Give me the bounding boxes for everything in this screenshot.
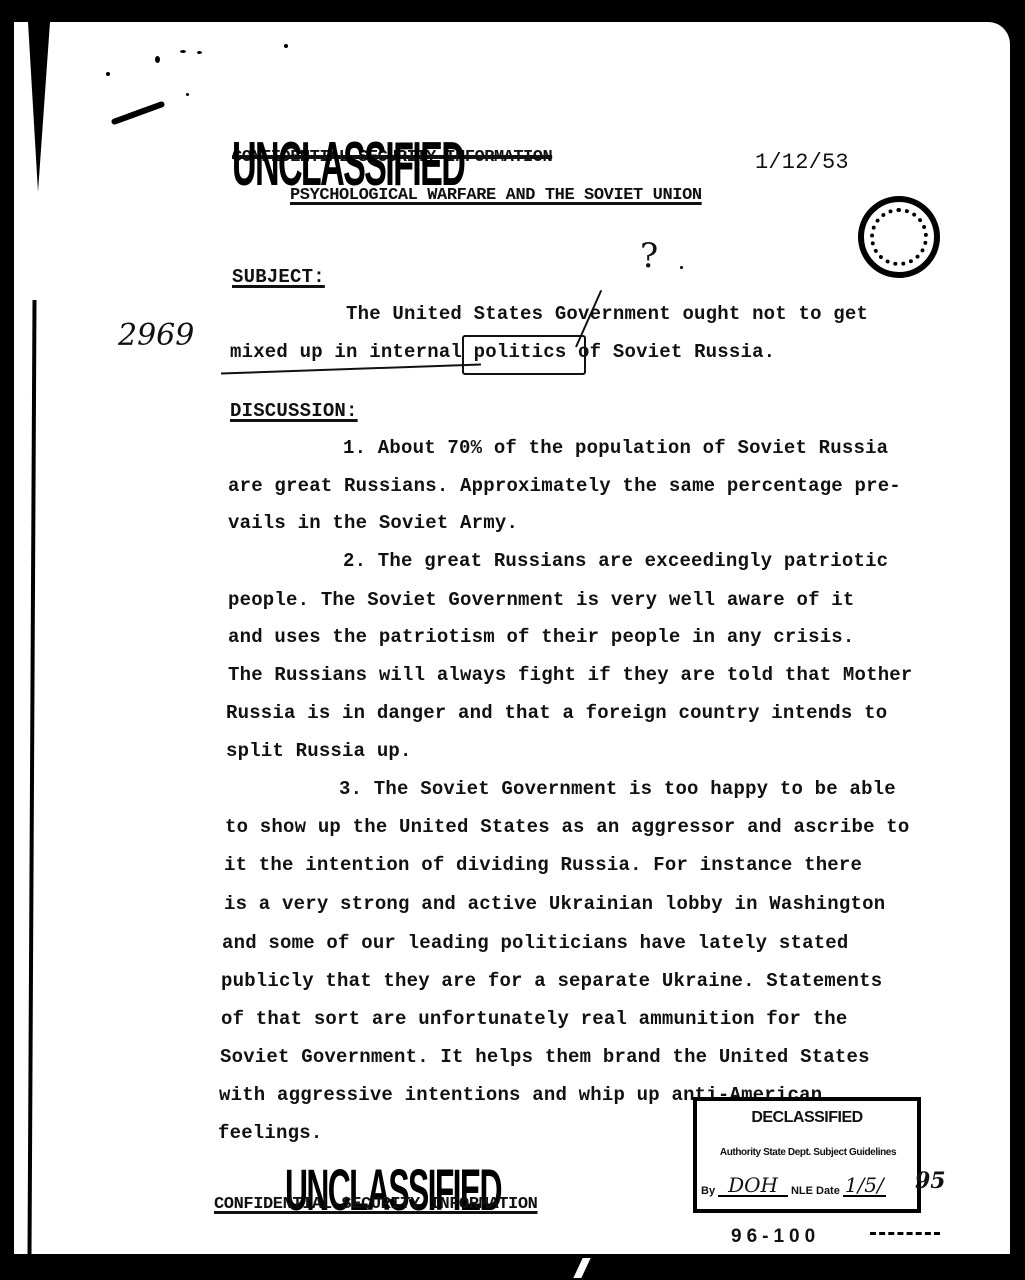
declassified-stamp: DECLASSIFIED Authority State Dept. Subje… <box>693 1097 921 1213</box>
paragraph-line: vails in the Soviet Army. <box>228 512 518 534</box>
paragraph-line: is a very strong and active Ukrainian lo… <box>224 893 885 915</box>
paragraph-line: people. The Soviet Government is very we… <box>228 589 855 611</box>
nle-date-label: NLE Date <box>791 1185 840 1197</box>
paragraph-line: it the intention of dividing Russia. For… <box>224 854 862 876</box>
paragraph-line: Soviet Government. It helps them brand t… <box>220 1046 870 1068</box>
declassified-year: 95 <box>915 1168 946 1194</box>
scan-dash-marks <box>870 1232 940 1239</box>
speck <box>680 266 683 269</box>
document-title: PSYCHOLOGICAL WARFARE AND THE SOVIET UNI… <box>290 186 702 205</box>
speck <box>180 50 186 53</box>
speck <box>186 93 189 96</box>
paragraph-line: 3. The Soviet Government is too happy to… <box>339 778 896 800</box>
paragraph-line: 2. The great Russians are exceedingly pa… <box>343 550 888 572</box>
subject-line: mixed up in internal politics of Soviet … <box>230 341 775 363</box>
subject-line: The United States Government ought not t… <box>346 303 868 325</box>
paragraph-line: to show up the United States as an aggre… <box>225 816 910 838</box>
paragraph-line: feelings. <box>218 1122 322 1144</box>
subject-heading: SUBJECT: <box>232 266 325 288</box>
paragraph-line: are great Russians. Approximately the sa… <box>228 475 901 497</box>
margin-handwritten-number: 2969 <box>118 318 194 353</box>
declassified-byline: By DOH NLE Date 1/5/ <box>701 1175 913 1197</box>
paragraph-line: split Russia up. <box>226 740 412 762</box>
paragraph-line: publicly that they are for a separate Uk… <box>221 970 882 992</box>
by-label: By <box>701 1185 715 1197</box>
paragraph-line: The Russians will always fight if they a… <box>228 664 913 686</box>
declassified-date: 1/5/ <box>843 1175 886 1197</box>
paragraph-line: and uses the patriotism of their people … <box>228 626 855 648</box>
reference-number: 96-100 <box>731 1226 820 1248</box>
speck <box>197 51 202 54</box>
paragraph-line: of that sort are unfortunately real ammu… <box>221 1008 848 1030</box>
handwritten-question-mark: ? <box>640 236 658 276</box>
speck <box>284 44 288 48</box>
paragraph-line: 1. About 70% of the population of Soviet… <box>343 437 888 459</box>
footer-classification: CONFIDENTIAL SECURITY INFORMATION <box>214 1195 537 1214</box>
by-signature: DOH <box>718 1175 788 1197</box>
receipt-stamp-icon <box>858 196 940 278</box>
speck <box>106 72 110 76</box>
discussion-heading: DISCUSSION: <box>230 400 358 422</box>
declassified-authority: Authority State Dept. Subject Guidelines <box>701 1147 915 1158</box>
scan-edge-tick <box>573 1258 590 1278</box>
paragraph-line: Russia is in danger and that a foreign c… <box>226 702 887 724</box>
document-date: 1/12/53 <box>755 150 849 175</box>
speck <box>155 56 160 63</box>
scan-edge-mark <box>28 22 50 192</box>
declassified-title: DECLASSIFIED <box>697 1109 917 1127</box>
paragraph-line: and some of our leading politicians have… <box>222 932 849 954</box>
